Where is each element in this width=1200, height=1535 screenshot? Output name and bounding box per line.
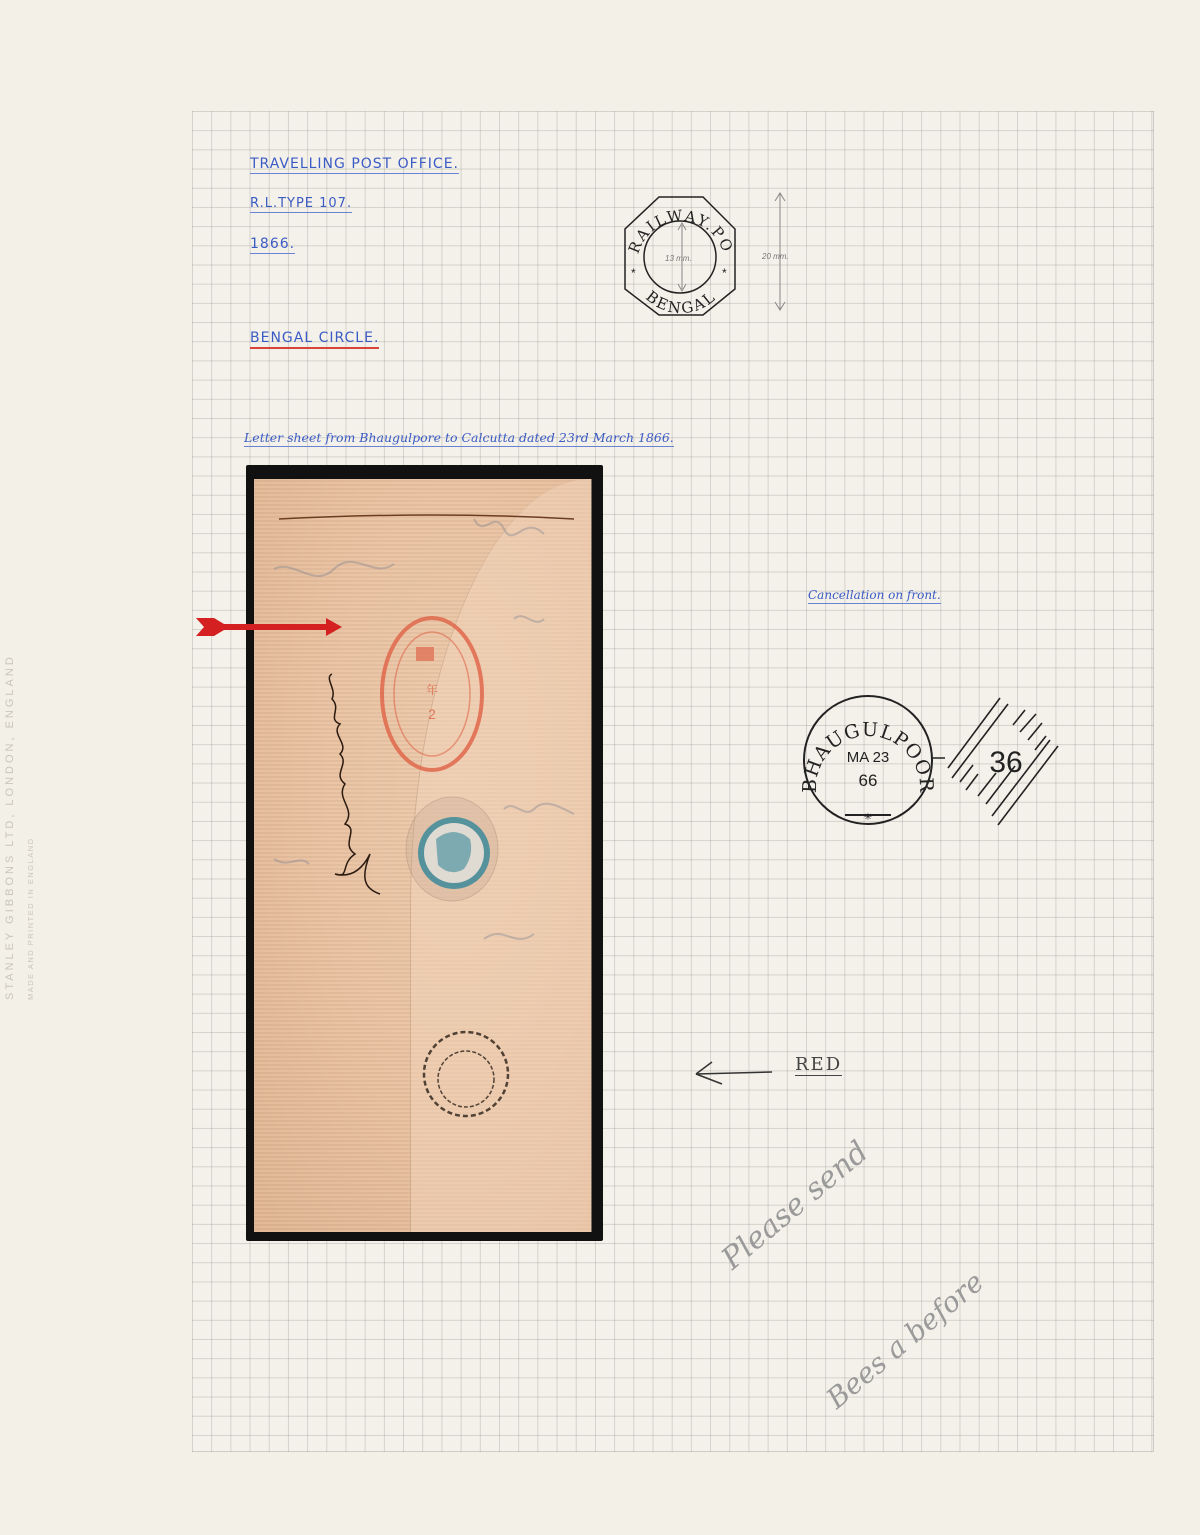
red-oval-postmark: 年 2 (382, 618, 482, 770)
railway-po-octagon-diagram: RAILWAY.PO BENGAL * * 13 mm. 20 mm. (605, 185, 835, 330)
duplex-number: 36 (989, 746, 1022, 779)
bhaugulpoor-duplex-cancel: BHAUGULPOOR MA 23 66 ✳ 36 (780, 670, 1080, 840)
ornament-right: * (722, 266, 727, 280)
red-note: RED (795, 1054, 842, 1075)
heading-year: 1866. (250, 236, 295, 252)
svg-text:✳: ✳ (864, 812, 872, 823)
railway-po-postmark (424, 1032, 508, 1116)
heading-title-text: TRAVELLING POST OFFICE. (250, 156, 459, 174)
cancel-date: MA 23 (847, 749, 890, 766)
heading-circle-text: BENGAL CIRCLE. (250, 330, 379, 349)
octagon-bottom-text: BENGAL (642, 287, 719, 317)
embossed-stamp (406, 797, 498, 901)
publisher-imprint: STANLEY GIBBONS LTD, LONDON, ENGLAND MAD… (4, 654, 35, 1000)
heading-type: R.L.TYPE 107. (250, 196, 352, 211)
cover-markings: 年 2 (254, 479, 591, 1232)
cover-caption-text: Letter sheet from Bhaugulpore to Calcutt… (244, 430, 674, 447)
heading-circle: BENGAL CIRCLE. (250, 330, 379, 346)
inner-dimension-label: 13 mm. (665, 254, 692, 263)
ornament-left: * (631, 266, 636, 280)
svg-text:年: 年 (426, 682, 438, 697)
cancellation-label: Cancellation on front. (808, 588, 941, 602)
cancellation-label-text: Cancellation on front. (808, 588, 941, 604)
cover-caption: Letter sheet from Bhaugulpore to Calcutt… (244, 430, 674, 445)
heading-title: TRAVELLING POST OFFICE. (250, 156, 459, 172)
imprint-line-2: MADE AND PRINTED IN ENGLAND (26, 654, 35, 1000)
heading-type-text: R.L.TYPE 107. (250, 196, 352, 213)
red-pointer-arrow (196, 612, 351, 642)
red-note-text: RED (795, 1054, 842, 1076)
heading-year-text: 1866. (250, 236, 295, 254)
svg-text:BENGAL: BENGAL (642, 287, 719, 317)
cancel-year: 66 (859, 771, 878, 790)
red-note-arrow (692, 1060, 782, 1090)
outer-dimension-label: 20 mm. (761, 252, 789, 261)
imprint-line-1: STANLEY GIBBONS LTD, LONDON, ENGLAND (4, 654, 16, 1000)
svg-text:2: 2 (428, 706, 436, 722)
